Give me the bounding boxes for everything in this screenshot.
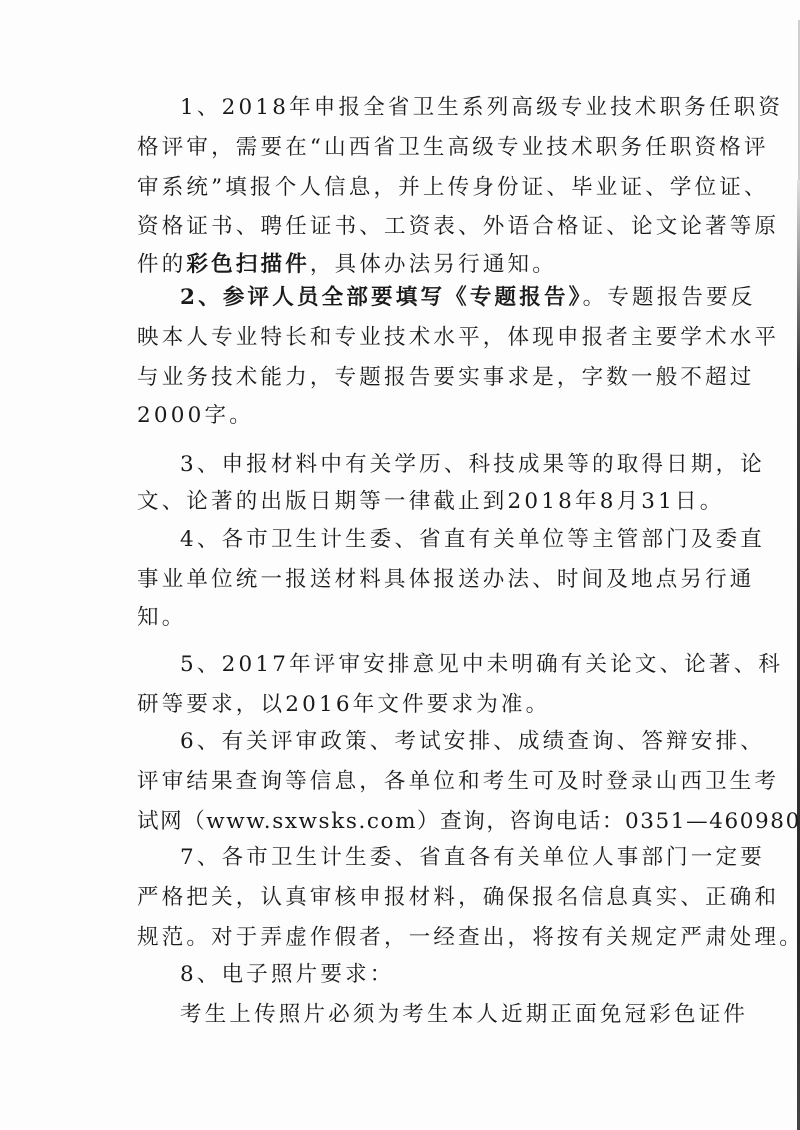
- text-line: 知。: [137, 598, 697, 638]
- text-line: 4、各市卫生计生委、省直有关单位等主管部门及委直: [180, 520, 697, 560]
- text-span: 。专题报告要反: [583, 285, 756, 310]
- text-line: 审系统”填报个人信息，并上传身份证、毕业证、学位证、: [137, 168, 697, 208]
- text-span: ，具体办法另行通知。: [310, 252, 557, 277]
- text-line: 1、2018年申报全省卫生系列高级专业技术职务任职资: [180, 88, 697, 128]
- text-line: 规范。对于弄虚作假者，一经查出，将按有关规定严肃处理。: [137, 918, 697, 958]
- text-line: 格评审，需要在“山西省卫生高级专业技术职务任职资格评: [137, 128, 697, 168]
- text-span: 件的: [137, 252, 186, 277]
- document-page: 1、2018年申报全省卫生系列高级专业技术职务任职资 格评审，需要在“山西省卫生…: [0, 0, 800, 1130]
- text-line: 考生上传照片必须为考生本人近期正面免冠彩色证件: [180, 995, 697, 1035]
- text-line: 文、论著的出版日期等一律截止到2018年8月31日。: [137, 482, 697, 522]
- bold-emphasis: 2、参评人员全部要填写《专题报告》: [180, 285, 583, 310]
- text-line: 评审结果查询等信息，各单位和考生可及时登录山西卫生考: [137, 762, 697, 802]
- text-line: 试网（www.sxwsks.com）查询，咨询电话：0351—4609800。: [137, 802, 697, 842]
- text-line: 7、各市卫生计生委、省直各有关单位人事部门一定要: [180, 838, 697, 878]
- text-line: 事业单位统一报送材料具体报送办法、时间及地点另行通: [137, 560, 697, 600]
- text-line: 与业务技术能力，专题报告要实事求是，字数一般不超过: [137, 358, 697, 398]
- text-line: 2000字。: [137, 396, 697, 436]
- text-line: 严格把关，认真审核申报材料，确保报名信息真实、正确和: [137, 878, 697, 918]
- text-line: 8、电子照片要求：: [180, 955, 697, 995]
- text-line: 6、有关评审政策、考试安排、成绩查询、答辩安排、: [180, 722, 697, 762]
- bold-emphasis: 彩色扫描件: [186, 252, 310, 277]
- text-line: 映本人专业特长和专业技术水平，体现申报者主要学术水平: [137, 318, 697, 358]
- text-line: 3、申报材料中有关学历、科技成果等的取得日期，论: [180, 445, 697, 485]
- text-line: 5、2017年评审安排意见中未明确有关论文、论著、科: [180, 645, 697, 685]
- text-line: 研等要求，以2016年文件要求为准。: [137, 685, 697, 725]
- text-line: 2、参评人员全部要填写《专题报告》。专题报告要反: [180, 278, 697, 318]
- text-line: 资格证书、聘任证书、工资表、外语合格证、论文论著等原: [137, 207, 697, 247]
